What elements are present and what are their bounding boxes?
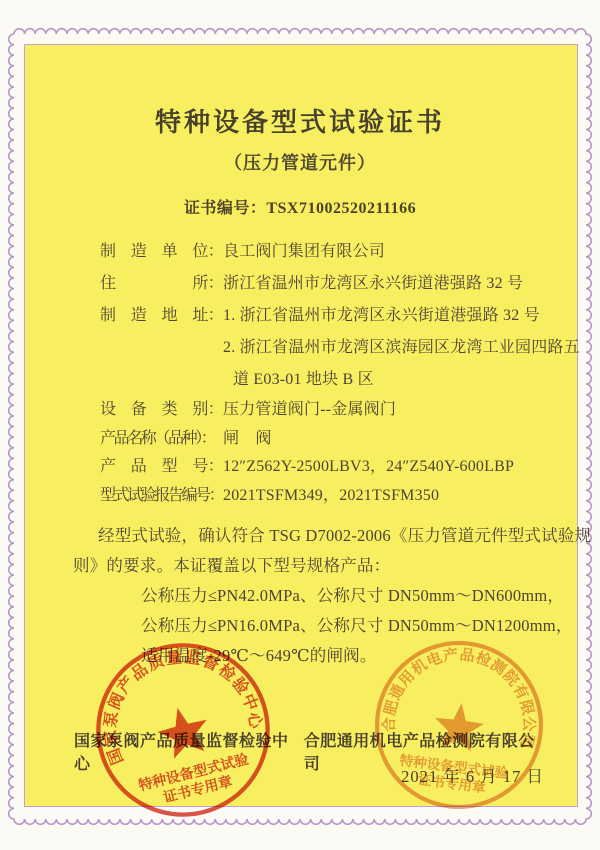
field-label: 住 所： (100, 268, 223, 300)
statement-line: 经型式试验，确认符合 TSG D7002-2006《压力管道元件型式试验规 (73, 521, 562, 551)
field-product-name: 产品名称（品种）：闸 阀 (100, 425, 566, 454)
field-value: 2. 浙江省温州市龙湾区滨海园区龙湾工业园四路五 (223, 339, 580, 356)
field-test-report-number: 型式试验报告编号：2021TSFM349，2021TSFM350 (100, 482, 566, 511)
certificate-number: 证书编号：TSX71002520211166 (24, 195, 576, 218)
statement-line: 则》的要求。本证覆盖以下型号规格产品： (73, 551, 562, 581)
field-value: 道 E03-01 地块 B 区 (233, 371, 374, 388)
field-equipment-category: 设 备 类 别：压力管道阀门--金属阀门 (100, 396, 566, 425)
seal-star-icon (153, 702, 214, 761)
field-manufacture-address-line3: 道 E03-01 地块 B 区 (100, 364, 566, 396)
spec-line: 公称压力≤PN42.0MPa、公称尺寸 DN50mm～DN600mm， (73, 581, 562, 611)
field-label: 产品名称（品种）： (100, 425, 223, 454)
field-product-model: 产 品 型 号：12″Z562Y-2500LBV3，24″Z540Y-600LB… (100, 453, 566, 482)
field-manufacture-address-line2: 2. 浙江省温州市龙湾区滨海园区龙湾工业园四路五 (100, 332, 566, 364)
field-label: 制 造 地 址： (100, 300, 223, 332)
field-manufacturer: 制 造 单 位：良工阀门集团有限公司 (100, 236, 566, 268)
field-value: 良工阀门集团有限公司 (223, 243, 385, 260)
certificate-subtitle: （压力管道元件） (24, 149, 576, 175)
field-value: 压力管道阀门--金属阀门 (223, 401, 396, 418)
field-label: 产 品 型 号： (100, 453, 223, 482)
right-official-seal: 合肥通用机电产品检测院有限公司 特种设备型式试验 证书专用章 (358, 624, 561, 827)
field-manufacture-address: 制 造 地 址：1. 浙江省温州市龙湾区永兴街道港强路 32 号 (100, 300, 566, 332)
field-value: 闸 阀 (223, 430, 272, 447)
certificate-title: 特种设备型式试验证书 (24, 102, 576, 139)
field-value: 2021TSFM349，2021TSFM350 (223, 487, 439, 504)
field-value: 浙江省温州市龙湾区永兴街道港强路 32 号 (223, 275, 523, 292)
seal-star-icon (432, 700, 486, 753)
certificate-fields: 制 造 单 位：良工阀门集团有限公司 住 所：浙江省温州市龙湾区永兴街道港强路 … (100, 236, 566, 510)
field-domicile: 住 所：浙江省温州市龙湾区永兴街道港强路 32 号 (100, 268, 566, 300)
field-label: 型式试验报告编号： (100, 482, 223, 511)
certificate-page: 特种设备型式试验证书 （压力管道元件） 证书编号：TSX710025202111… (0, 0, 600, 850)
field-value: 1. 浙江省温州市龙湾区永兴街道港强路 32 号 (223, 307, 540, 324)
field-label: 制 造 单 位： (100, 236, 223, 268)
field-label: 设 备 类 别： (100, 396, 223, 425)
field-value: 12″Z562Y-2500LBV3，24″Z540Y-600LBP (223, 458, 514, 475)
